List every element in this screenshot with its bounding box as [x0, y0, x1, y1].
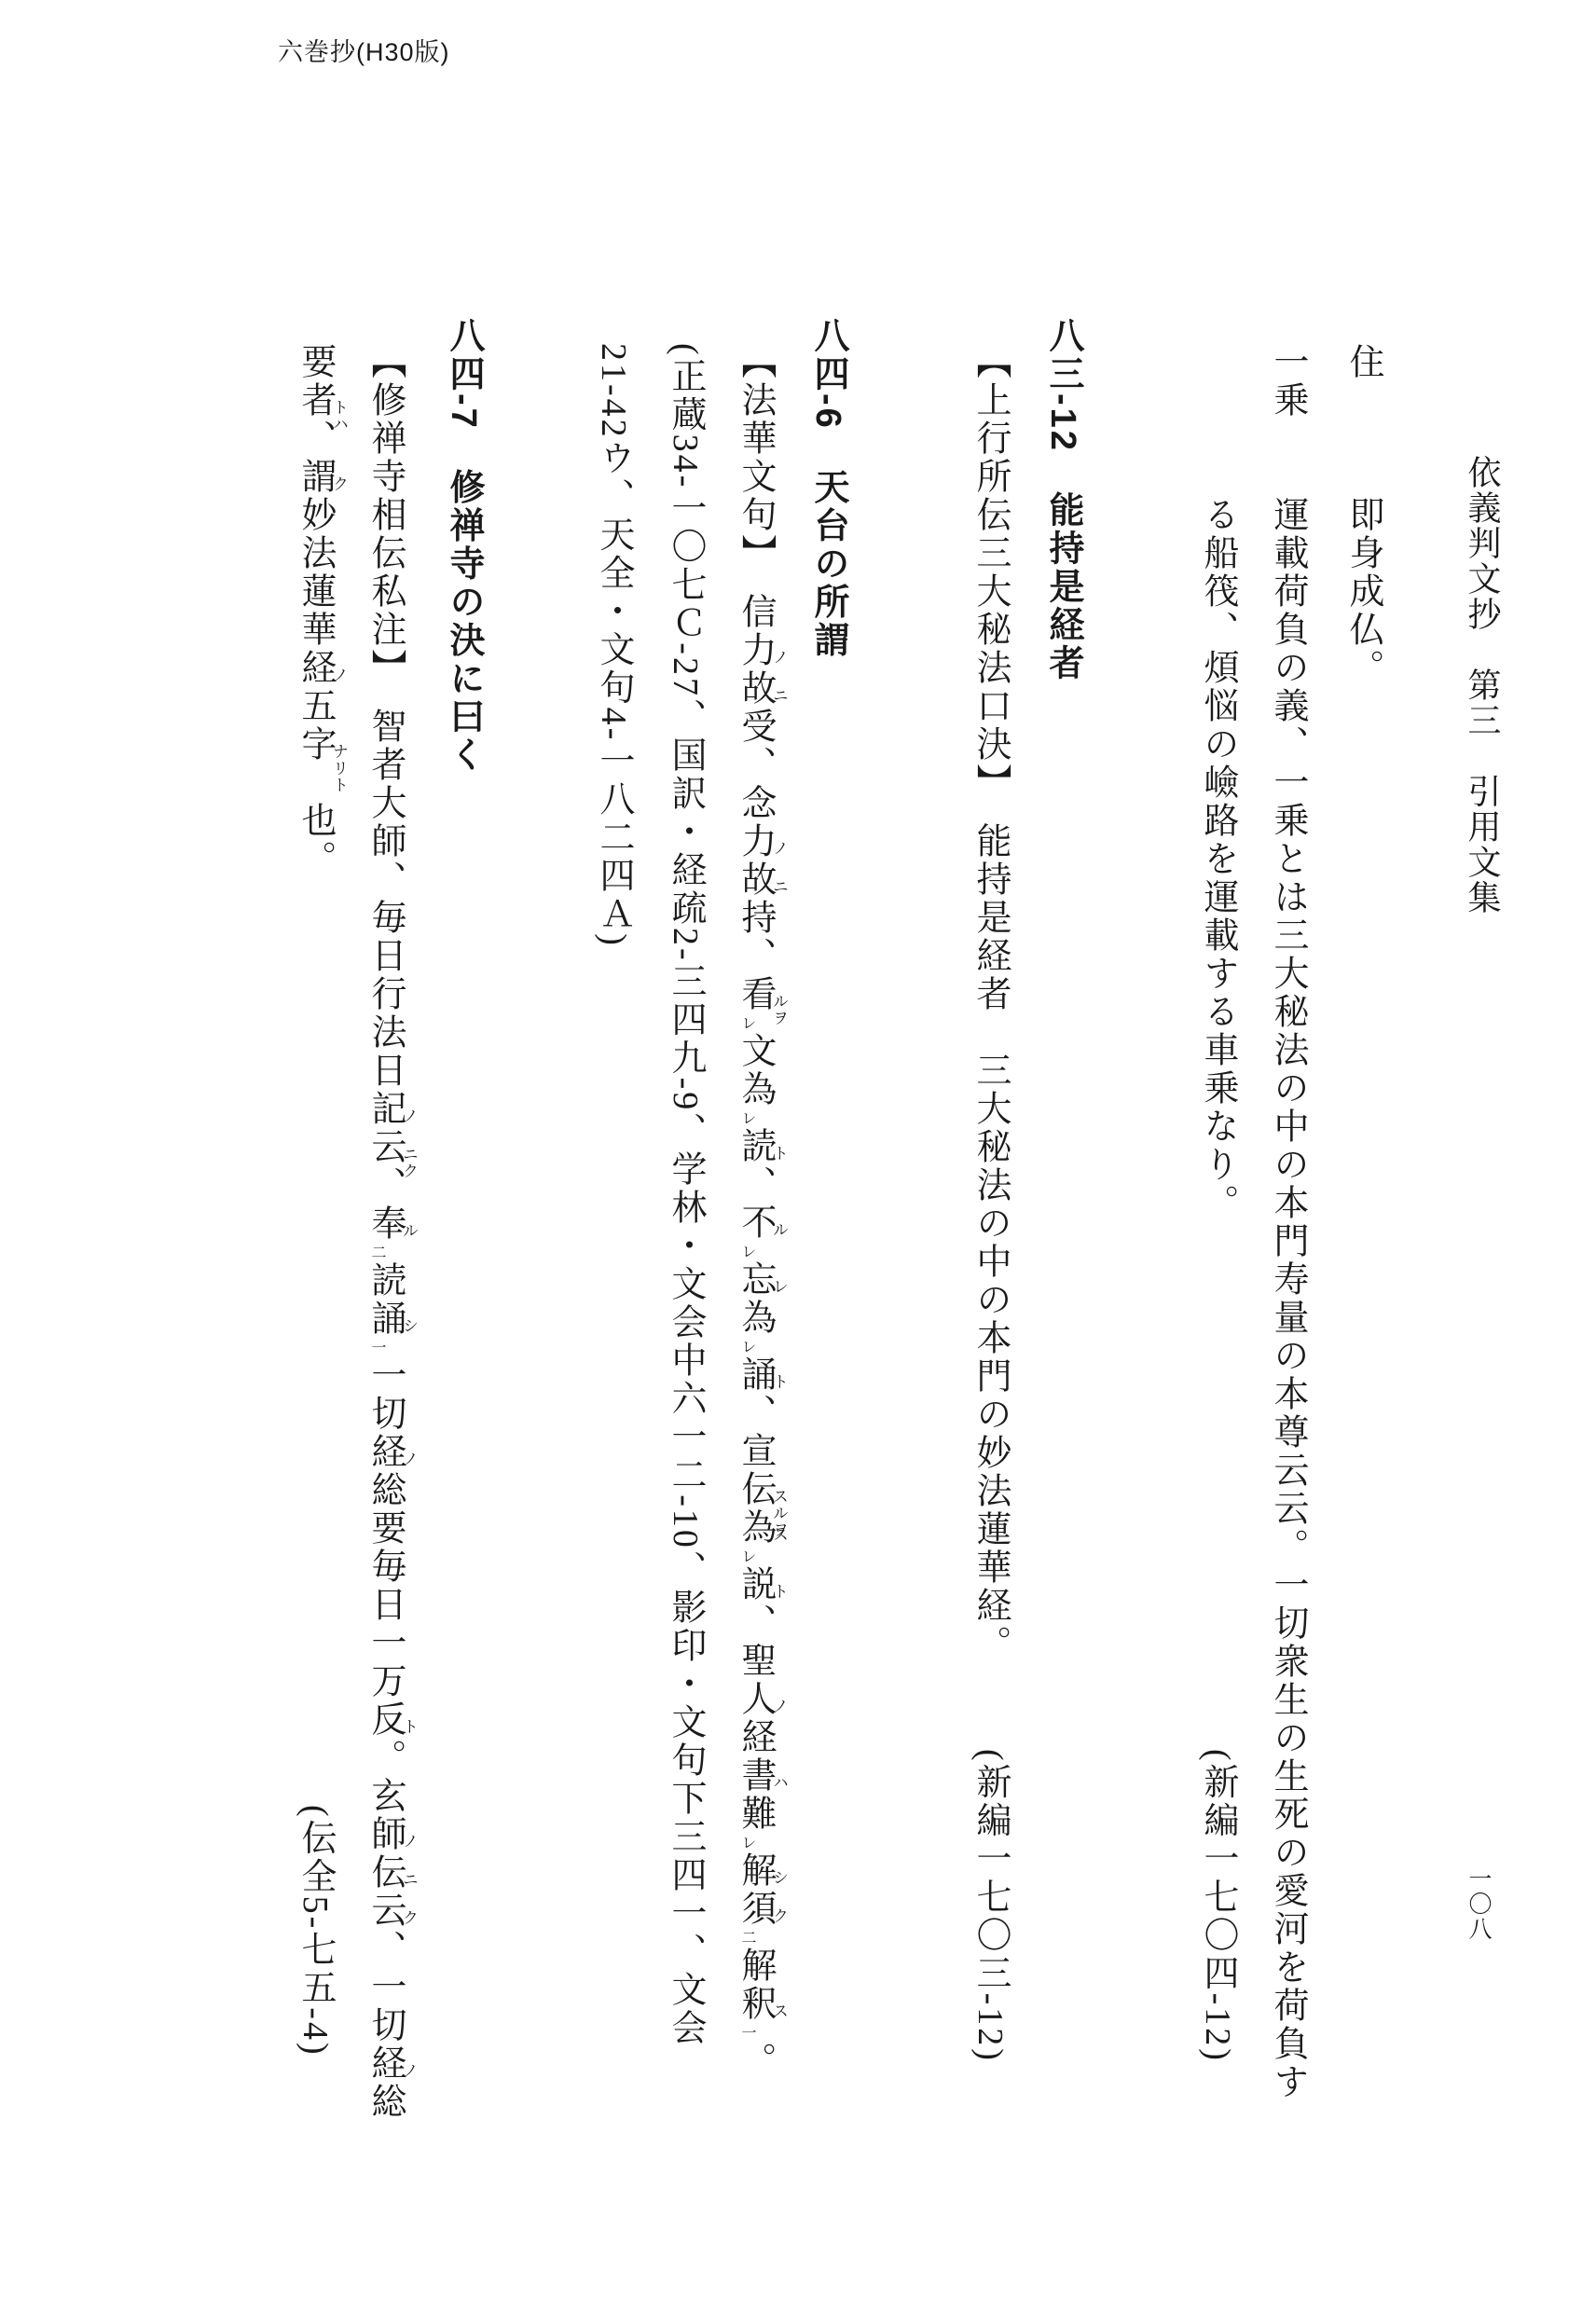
shuzenji-kanbun-line2: 要者トハ、謂ク妙法蓮華経ノ五字ナリト 也。: [295, 343, 336, 878]
okurigana-mark: ハ: [770, 1774, 787, 1791]
okurigana-mark: ル: [770, 1221, 787, 1238]
kanbun-segment: 持、: [736, 899, 775, 975]
kanbun-segment: 読ト: [736, 1127, 775, 1165]
kanbun-segment: 不ルレ: [736, 1204, 775, 1260]
kaeriten-mark: レ: [739, 1339, 754, 1354]
kanbun-segment: 経書ハ: [736, 1718, 775, 1795]
kanbun-segment: 聖人ノ: [736, 1642, 775, 1718]
section-heading-84-7: 八四-7 修禅寺の決に曰く: [443, 317, 484, 775]
okurigana-mark: ト: [770, 1145, 787, 1162]
kanbun-segment: 、: [365, 1930, 405, 1968]
kanbun-segment: 一切経ノ: [365, 1968, 405, 2083]
kanbun-segment: 。: [365, 1739, 405, 1777]
citation-shinpen-1703: (新編一七〇三-12): [970, 1749, 1011, 2063]
okurigana-mark: ノ: [400, 1833, 417, 1850]
okurigana-mark: ノ: [400, 1108, 417, 1124]
kanbun-segment: 看ルヲレ: [736, 975, 775, 1032]
kanbun-segment: 宣伝スルヲ: [736, 1432, 775, 1508]
kanbun-segment: 伝ニ: [365, 1853, 405, 1892]
okurigana-mark: ノ: [400, 1451, 417, 1467]
okurigana-mark: ノ: [770, 1698, 787, 1714]
okurigana-mark: ノ: [770, 840, 787, 857]
page-number: 一〇八: [1464, 1866, 1492, 1942]
okurigana-mark: ト: [770, 1583, 787, 1600]
okurigana-mark: ル: [400, 1222, 417, 1239]
okurigana-mark: ト: [400, 1718, 417, 1735]
shuzenji-kanbun-line1: 【修禅寺相伝私注】 智者大師、毎日行法日記ノ云ニク、奉ル二読誦シ一一切経ノ総要毎…: [365, 343, 406, 2121]
citation-shozo-line1: (正蔵34-一〇七Ｃ-27、国訳・経疏2-三四九-9、学林・文会中六一二-10、…: [665, 343, 706, 2047]
kanbun-segment: 読誦シ一: [365, 1261, 405, 1356]
kanbun-segment: 也。: [296, 764, 335, 878]
kanbun-segment: 智者大師、: [365, 708, 405, 899]
kanbun-segment: 須ク二: [736, 1890, 775, 1947]
kanbun-segment: 念力ノ: [736, 784, 775, 860]
kaeriten-mark: 二: [739, 1930, 754, 1945]
kanbun-segment: 【修禅寺相伝私注】: [365, 343, 405, 708]
running-title: 依義判文抄 第三 引用文集: [1462, 455, 1503, 915]
kanbun-segment: 要者トハ: [296, 343, 335, 420]
entry-ichijo-line1: 一乗 運載荷負の義、一乗とは三大秘法の中の本門寿量の本尊云云。一切衆生の生死の愛…: [1267, 343, 1308, 2101]
okurigana-mark: ノ: [770, 649, 787, 666]
kanbun-segment: 解釈ス一: [736, 1947, 775, 2042]
kanbun-segment: 五字ナリト: [296, 687, 335, 764]
kanbun-segment: 為スレ: [736, 1508, 775, 1565]
citation-denzen: (伝全5-七五-4): [295, 1805, 336, 2057]
okurigana-mark: ノ: [400, 2062, 417, 2079]
kanbun-segment: 説ト: [736, 1565, 775, 1603]
kanbun-segment: 故ニ: [736, 860, 775, 899]
kanbun-segment: 、: [296, 420, 335, 458]
okurigana-mark: ノ: [330, 667, 347, 683]
kanbun-segment: 総要毎日一万反ト: [365, 1471, 405, 1739]
edition-label: 六巻抄(H30版): [278, 32, 450, 68]
kanbun-segment: 【法華文句】: [736, 343, 775, 593]
kanbun-segment: 一切経ノ: [365, 1356, 405, 1471]
okurigana-mark: ク: [400, 1909, 417, 1926]
citation-shinpen-1704: (新編一七〇四-12): [1197, 1749, 1238, 2063]
kanbun-segment: 奉ル二: [365, 1204, 405, 1261]
kaeriten-mark: 一: [369, 1340, 384, 1355]
kanbun-segment: 忘レ: [736, 1260, 775, 1299]
kaeriten-mark: レ: [739, 1110, 754, 1125]
kanbun-segment: 云ク: [365, 1892, 405, 1930]
kanbun-segment: 毎日行法日記ノ: [365, 899, 405, 1128]
hokke-monku-kanbun-column: 【法華文句】 信力ノ故ニ受、念力ノ故ニ持、看ルヲレ文為レ読ト、不ルレ忘レ為レ誦ト…: [735, 343, 776, 2080]
kaeriten-mark: 二: [369, 1245, 384, 1259]
kaeriten-mark: 一: [739, 2025, 754, 2040]
citation-shozo-line2: 21-42ウ、天全・文句4-一八二四Ａ): [593, 343, 634, 948]
kanbun-segment: 誦ト: [736, 1356, 775, 1394]
kanbun-segment: 謂ク: [296, 458, 335, 496]
okurigana-mark: ニ: [770, 878, 787, 895]
kanbun-segment: 玄師ノ: [365, 1777, 405, 1853]
okurigana-mark: ト: [770, 1373, 787, 1390]
kaeriten-mark: レ: [739, 1015, 754, 1030]
kaeriten-mark: レ: [739, 1548, 754, 1563]
kanbun-segment: 解シ: [736, 1851, 775, 1890]
okurigana-mark: シ: [400, 1317, 417, 1334]
kanbun-segment: 総: [365, 2083, 405, 2121]
kanbun-segment: 為レ: [736, 1070, 775, 1127]
kanbun-segment: 妙法蓮華経ノ: [296, 496, 335, 687]
section-heading-83-12: 八三-12 能持是経者: [1042, 317, 1083, 682]
kanbun-segment: 、: [365, 1166, 405, 1204]
entry-ju-column: 住 即身成仏。: [1342, 343, 1383, 687]
kanbun-segment: 難レ: [736, 1795, 775, 1851]
kanbun-segment: 、: [736, 1165, 775, 1204]
kuketsu-body-column: 【上行所伝三大秘法口決】 能持是経者 三大秘法の中の本門の妙法蓮華経。: [970, 343, 1011, 1663]
okurigana-mark: レ: [770, 1278, 787, 1295]
kaeriten-mark: レ: [739, 1835, 754, 1850]
okurigana-mark: ス: [770, 1526, 787, 1543]
page: { "page": { "edition_label": "六巻抄(H30版)"…: [0, 0, 1596, 2312]
section-heading-84-6: 八四-6 天台の所謂: [807, 317, 848, 660]
entry-ichijo-line2: る船筏、煩悩の嶮路を運載する車乗なり。: [1197, 343, 1238, 1222]
kanbun-segment: 受、: [736, 708, 775, 784]
kanbun-segment: 信力ノ: [736, 593, 775, 669]
okurigana-mark: ルヲ: [770, 993, 787, 1026]
kanbun-segment: 為レ: [736, 1299, 775, 1356]
okurigana-mark: シ: [770, 1869, 787, 1886]
kaeriten-mark: レ: [739, 1244, 754, 1259]
kanbun-segment: 、: [736, 1394, 775, 1432]
kanbun-segment: 故ニ: [736, 669, 775, 708]
kanbun-segment: 。: [736, 2042, 775, 2080]
okurigana-mark: ニ: [770, 687, 787, 704]
okurigana-mark: ニ: [400, 1871, 417, 1888]
kanbun-segment: 、: [736, 1603, 775, 1642]
okurigana-mark: ス: [770, 2002, 787, 2019]
kanbun-segment: 文: [736, 1032, 775, 1070]
okurigana-mark: ク: [770, 1907, 787, 1924]
okurigana-mark: ク: [330, 475, 347, 492]
kanbun-segment: 云ニク: [365, 1128, 405, 1166]
